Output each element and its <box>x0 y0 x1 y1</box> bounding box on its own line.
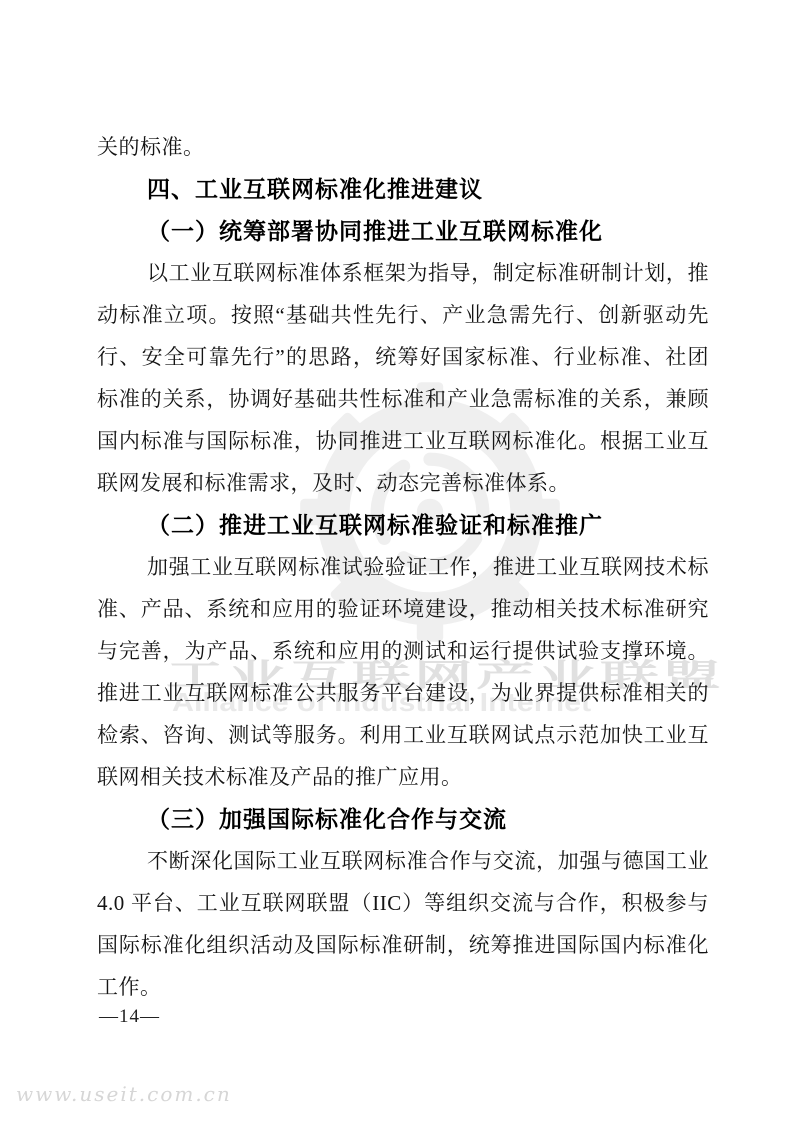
body-text-line: 加强工业互联网标准试验验证工作，推进工业互联网技术标 <box>97 546 709 588</box>
body-text-line: 不断深化国际工业互联网标准合作与交流，加强与德国工业 <box>97 840 709 882</box>
heading-line: （一）统筹部署协同推进工业互联网标准化 <box>97 210 709 252</box>
body-text-line: 联网相关技术标准及产品的推广应用。 <box>97 756 709 798</box>
body-text-line: 动标准立项。按照“基础共性先行、产业急需先行、创新驱动先 <box>97 294 709 336</box>
body-text-line: 联网发展和标准需求，及时、动态完善标准体系。 <box>97 462 709 504</box>
body-text-line: 行、安全可靠先行”的思路，统筹好国家标准、行业标准、社团 <box>97 336 709 378</box>
body-text-line: 准、产品、系统和应用的验证环境建设，推动相关技术标准研究 <box>97 588 709 630</box>
body-text-line: 工作。 <box>97 966 709 1008</box>
body-text-line: 标准的关系，协调好基础共性标准和产业急需标准的关系，兼顾 <box>97 378 709 420</box>
body-text-line: 国际标准化组织活动及国际标准研制，统筹推进国际国内标准化 <box>97 924 709 966</box>
body-text-line: 检索、咨询、测试等服务。利用工业互联网试点示范加快工业互 <box>97 714 709 756</box>
body-text-line: 4.0 平台、工业互联网联盟（IIC）等组织交流与合作，积极参与 <box>97 882 709 924</box>
body-text-line: 国内标准与国际标准，协同推进工业互联网标准化。根据工业互 <box>97 420 709 462</box>
body-text-line: 与完善，为产品、系统和应用的测试和运行提供试验支撑环境。 <box>97 630 709 672</box>
heading-line: 四、工业互联网标准化推进建议 <box>97 168 709 210</box>
page-number: —14— <box>99 1006 160 1028</box>
heading-line: （二）推进工业互联网标准验证和标准推广 <box>97 504 709 546</box>
body-text-line: 推进工业互联网标准公共服务平台建设，为业界提供标准相关的 <box>97 672 709 714</box>
document-body: 关的标准。四、工业互联网标准化推进建议（一）统筹部署协同推进工业互联网标准化以工… <box>97 126 709 1008</box>
heading-line: （三）加强国际标准化合作与交流 <box>97 798 709 840</box>
site-watermark: www.useit.com.cn <box>16 1082 232 1106</box>
body-text-line: 以工业互联网标准体系框架为指导，制定标准研制计划，推 <box>97 252 709 294</box>
document-page: 工业互联网产业联盟 Alliance of Industrial Interne… <box>0 0 794 1123</box>
body-text-line: 关的标准。 <box>97 126 709 168</box>
